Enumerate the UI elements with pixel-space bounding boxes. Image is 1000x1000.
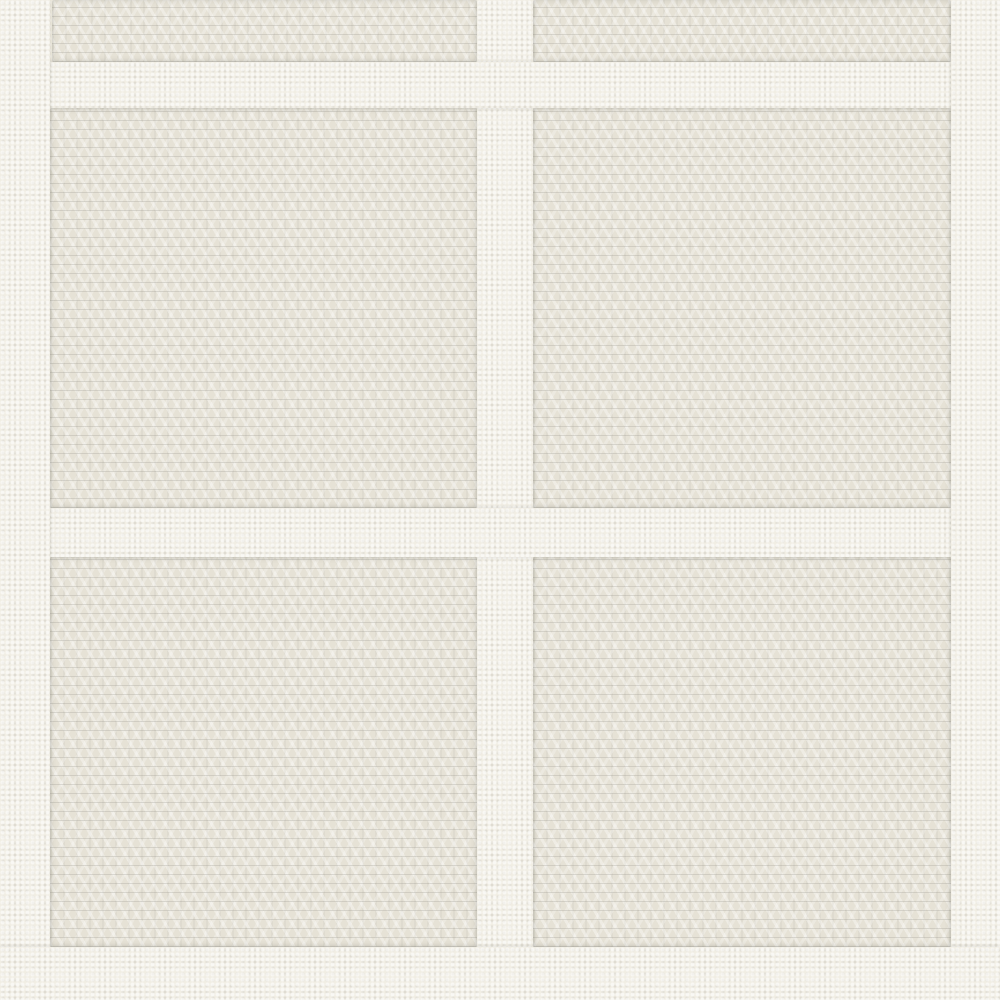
rug-panel-lower-left	[50, 557, 477, 947]
rug-panel-upper-right	[533, 108, 951, 508]
rug-panel-upper-left	[50, 108, 477, 508]
rug-band-border-left	[0, 0, 50, 1000]
rug-band-border-bottom	[0, 947, 1000, 1000]
rug-band-horizontal-top	[0, 62, 1000, 108]
rug-texture: Close-up of a woven wool rug with a rais…	[0, 0, 1000, 1000]
rug-band-border-right	[951, 0, 1000, 1000]
rug-band-horizontal-middle	[0, 508, 1000, 557]
rug-panel-lower-right	[533, 557, 951, 947]
rug-band-vertical-center	[477, 0, 533, 1000]
rug-panel-top-left	[52, 0, 477, 62]
rug-panel-top-right	[533, 0, 951, 62]
